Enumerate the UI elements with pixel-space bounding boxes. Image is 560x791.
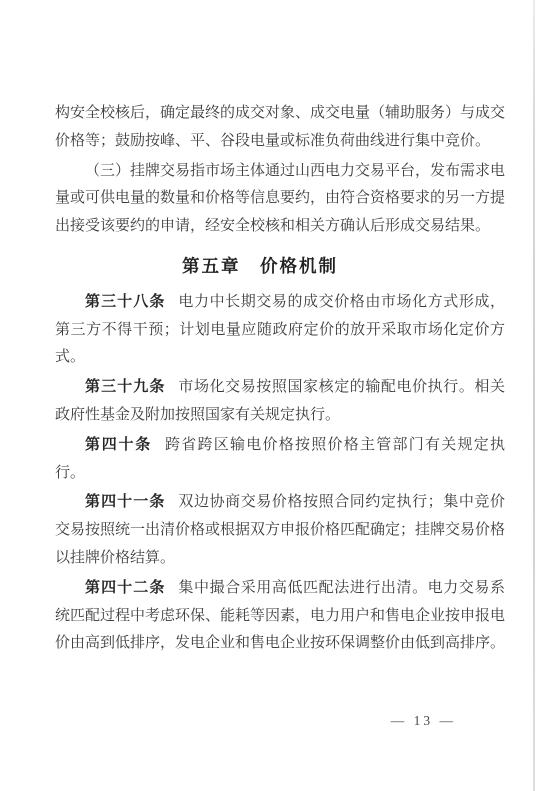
body-text: 构安全校核后，确定最终的成交对象、成交电量（辅助服务）与成交价格等；鼓励按峰、平… xyxy=(55,100,505,660)
article-paragraph: 第三十九条市场化交易按照国家核定的输配电价执行。相关政府性基金及附加按照国家有关… xyxy=(55,374,505,430)
page-number: — 13 — xyxy=(391,713,456,729)
article-number-label: 第四十一条 xyxy=(85,494,165,510)
article-number-label: 第四十二条 xyxy=(85,580,165,596)
article-number-label: 第三十八条 xyxy=(85,294,165,310)
chapter-heading: 第五章 价格机制 xyxy=(35,253,485,281)
paragraph: （三）挂牌交易指市场主体通过山西电力交易平台，发布需求电量或可供电量的数量和价格… xyxy=(55,158,505,241)
article-number-label: 第四十条 xyxy=(85,437,152,453)
article-paragraph: 第四十条跨省跨区输电价格按照价格主管部门有关规定执行。 xyxy=(55,432,505,488)
article-paragraph: 第四十二条集中撮合采用高低匹配法进行出清。电力交易系统匹配过程中考虑环保、能耗等… xyxy=(55,575,505,658)
page-edge-line xyxy=(533,0,535,791)
article-paragraph: 第三十八条电力中长期交易的成交价格由市场化方式形成，第三方不得干预；计划电量应随… xyxy=(55,289,505,372)
document-page: 构安全校核后，确定最终的成交对象、成交电量（辅助服务）与成交价格等；鼓励按峰、平… xyxy=(0,0,560,791)
article-number-label: 第三十九条 xyxy=(85,379,165,395)
paragraph: 构安全校核后，确定最终的成交对象、成交电量（辅助服务）与成交价格等；鼓励按峰、平… xyxy=(55,100,505,156)
article-paragraph: 第四十一条双边协商交易价格按照合同约定执行；集中竞价交易按照统一出清价格或根据双… xyxy=(55,489,505,572)
